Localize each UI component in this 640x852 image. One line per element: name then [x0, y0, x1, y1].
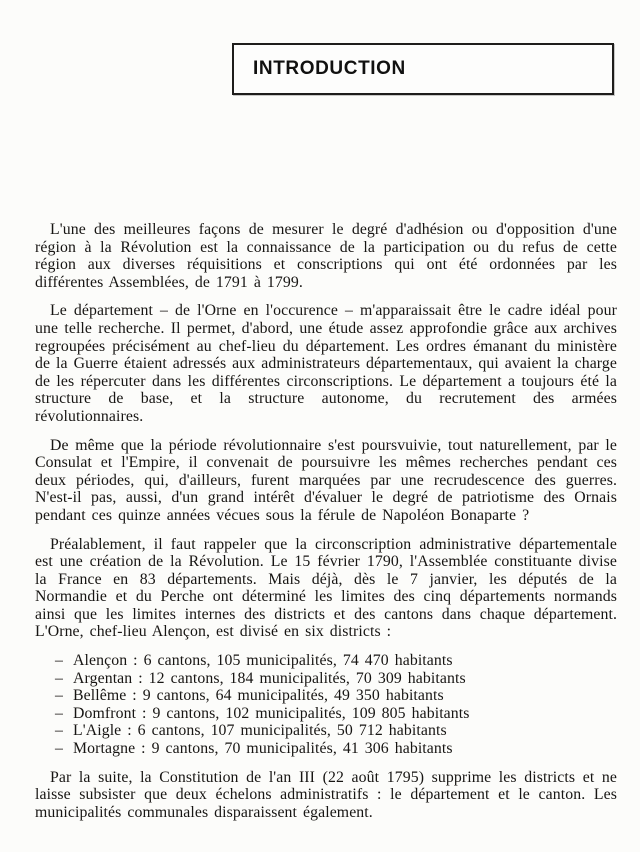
paragraph-5: Par la suite, la Constitution de l'an II…: [35, 769, 617, 822]
paragraph-3: De même que la période révolutionnaire s…: [35, 437, 617, 525]
dash-bullet: –: [55, 705, 63, 723]
list-item: –Mortagne : 9 cantons, 70 municipalités,…: [35, 740, 617, 758]
dash-bullet: –: [55, 652, 63, 670]
list-item: –Bellême : 9 cantons, 64 municipalités, …: [35, 687, 617, 705]
body-text: L'une des meilleures façons de mesurer l…: [35, 221, 617, 832]
paragraph-4: Préalablement, il faut rappeler que la c…: [35, 536, 617, 642]
dash-bullet: –: [55, 687, 63, 705]
list-item: –Argentan : 12 cantons, 184 municipalité…: [35, 670, 617, 688]
list-item: –Domfront : 9 cantons, 102 municipalités…: [35, 705, 617, 723]
dash-bullet: –: [55, 740, 63, 758]
chapter-title-box: INTRODUCTION: [232, 43, 614, 95]
district-alencon: Alençon : 6 cantons, 105 municipalités, …: [73, 652, 453, 669]
paragraph-2: Le département – de l'Orne en l'occurenc…: [35, 302, 617, 425]
paragraph-1: L'une des meilleures façons de mesurer l…: [35, 221, 617, 291]
page-title: INTRODUCTION: [253, 58, 406, 80]
district-list: –Alençon : 6 cantons, 105 municipalités,…: [35, 652, 617, 758]
list-item: –Alençon : 6 cantons, 105 municipalités,…: [35, 652, 617, 670]
district-belleme: Bellême : 9 cantons, 64 municipalités, 4…: [73, 687, 444, 704]
dash-bullet: –: [55, 670, 63, 688]
district-laigle: L'Aigle : 6 cantons, 107 municipalités, …: [73, 722, 447, 739]
list-item: –L'Aigle : 6 cantons, 107 municipalités,…: [35, 722, 617, 740]
district-mortagne: Mortagne : 9 cantons, 70 municipalités, …: [73, 740, 453, 757]
district-domfront: Domfront : 9 cantons, 102 municipalités,…: [73, 705, 470, 722]
dash-bullet: –: [55, 722, 63, 740]
district-argentan: Argentan : 12 cantons, 184 municipalités…: [73, 670, 466, 687]
document-page: INTRODUCTION L'une des meilleures façons…: [0, 0, 640, 852]
